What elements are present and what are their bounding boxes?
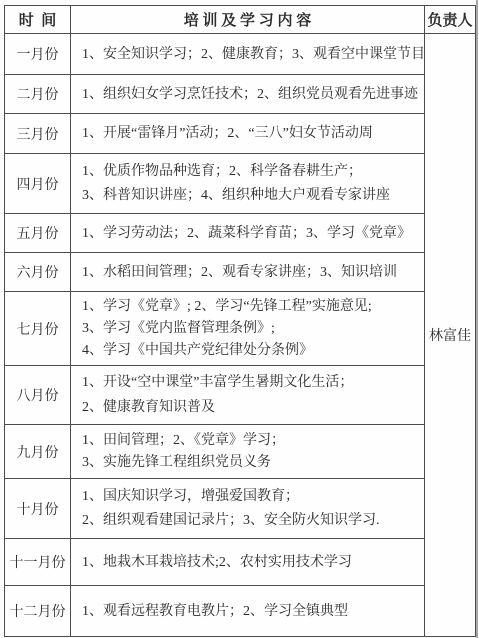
content-cell-may: 1、学习劳动法；2、蔬菜科学育苗；3、学习《党章》 — [71, 214, 425, 253]
content-line: 1、开设“空中课堂”丰富学生暑期文化生活； — [82, 373, 353, 392]
content-line: 1、学习《党章》; 2、学习“先锋工程”实施意见; — [82, 297, 372, 316]
month-cell-december: 十二月份 — [5, 586, 71, 637]
month-cell-october: 十月份 — [5, 479, 71, 539]
content-cell-april: 1、优质作物品种选育；2、科学备春耕生产； 3、科普知识讲座；4、组织种地大户观… — [71, 154, 425, 214]
content-cell-march: 1、开展“雷锋月”活动；2、“三八”妇女节活动周 — [71, 114, 425, 154]
content-line: 4、学习《中国共产党纪律处分条例》 — [82, 341, 313, 360]
content-cell-july: 1、学习《党章》; 2、学习“先锋工程”实施意见; 3、学习《党内监督管理条例》… — [71, 292, 425, 366]
month-cell-september: 九月份 — [5, 425, 71, 479]
month-cell-july: 七月份 — [5, 292, 71, 366]
manager-cell: 林富佳 — [425, 34, 476, 637]
content-line: 3、学习《党内监督管理条例》; — [82, 319, 275, 338]
content-line: 3、实施先锋工程组织党员义务 — [82, 453, 271, 472]
content-cell-august: 1、开设“空中课堂”丰富学生暑期文化生活； 2、健康教育知识普及 — [71, 366, 425, 425]
content-cell-june: 1、水稻田间管理；2、观看专家讲座；3、知识培训 — [71, 253, 425, 292]
header-content: 培 训 及 学 习 内 容 — [71, 6, 425, 34]
content-cell-november: 1、地栽木耳栽培技术;2、农村实用技术学习 — [71, 539, 425, 586]
month-cell-may: 五月份 — [5, 214, 71, 253]
content-line: 1、组织妇女学习烹饪技术；2、组织党员观看先进事迹 — [82, 85, 418, 104]
content-cell-october: 1、国庆知识学习，增强爱国教育； 2、组织观看建国记录片；3、安全防火知识学习. — [71, 479, 425, 539]
document-page: 时 间 培 训 及 学 习 内 容 负责人 林富佳 一月份 1、安全知识学习；2… — [0, 0, 479, 638]
content-line: 2、健康教育知识普及 — [82, 398, 215, 417]
month-cell-november: 十一月份 — [5, 539, 71, 586]
content-line: 1、国庆知识学习，增强爱国教育； — [82, 487, 299, 506]
page-edge-shadow — [476, 0, 478, 638]
content-cell-february: 1、组织妇女学习烹饪技术；2、组织党员观看先进事迹 — [71, 75, 425, 114]
content-cell-december: 1、观看远程教育电教片；2、学习全镇典型 — [71, 586, 425, 637]
content-line: 1、观看远程教育电教片；2、学习全镇典型 — [82, 602, 348, 621]
content-cell-september: 1、田间管理；2、《党章》学习； 3、实施先锋工程组织党员义务 — [71, 425, 425, 479]
content-line: 1、安全知识学习；2、健康教育；3、观看空中课堂节目 — [82, 45, 425, 64]
content-line: 2、组织观看建国记录片；3、安全防火知识学习. — [82, 511, 380, 530]
header-time: 时 间 — [5, 6, 71, 34]
month-cell-june: 六月份 — [5, 253, 71, 292]
content-line: 1、水稻田间管理；2、观看专家讲座；3、知识培训 — [82, 263, 397, 282]
content-line: 1、学习劳动法；2、蔬菜科学育苗；3、学习《党章》 — [82, 224, 411, 243]
content-line: 1、地栽木耳栽培技术;2、农村实用技术学习 — [82, 553, 352, 572]
content-line: 1、开展“雷锋月”活动；2、“三八”妇女节活动周 — [82, 124, 373, 143]
content-cell-january: 1、安全知识学习；2、健康教育；3、观看空中课堂节目 — [71, 34, 425, 75]
month-cell-august: 八月份 — [5, 366, 71, 425]
training-schedule-table: 时 间 培 训 及 学 习 内 容 负责人 林富佳 一月份 1、安全知识学习；2… — [4, 5, 476, 637]
content-line: 1、田间管理；2、《党章》学习； — [82, 431, 285, 450]
header-manager: 负责人 — [425, 6, 476, 34]
month-cell-april: 四月份 — [5, 154, 71, 214]
content-line: 1、优质作物品种选育；2、科学备春耕生产； — [82, 162, 362, 181]
content-line: 3、科普知识讲座；4、组织种地大户观看专家讲座 — [82, 186, 390, 205]
month-cell-february: 二月份 — [5, 75, 71, 114]
month-cell-january: 一月份 — [5, 34, 71, 75]
month-cell-march: 三月份 — [5, 114, 71, 154]
